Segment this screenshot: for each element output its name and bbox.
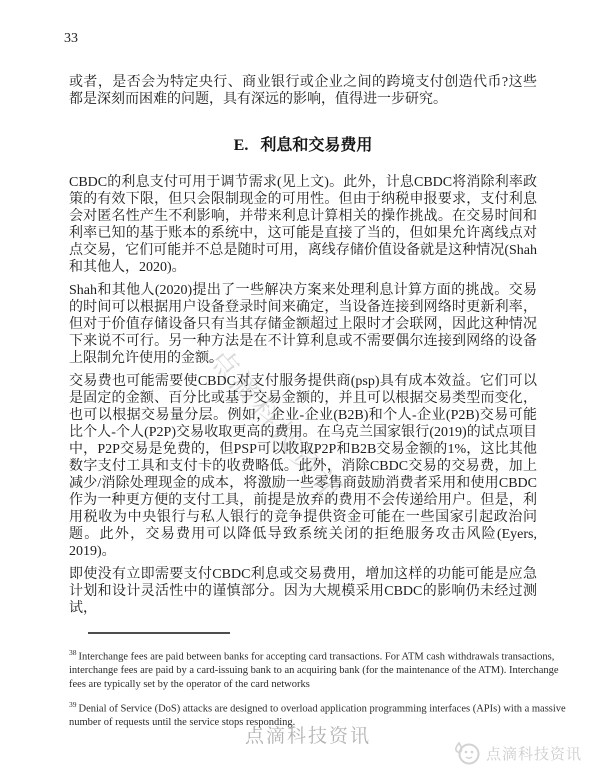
section-heading: E.利息和交易费用 xyxy=(69,136,537,155)
body-paragraph-solutions: Shah和其他人(2020)提出了一些解决方案来处理利息计算方面的挑战。交易的时… xyxy=(69,282,537,367)
bottom-right-watermark-text: 点滴科技资讯 xyxy=(486,743,582,764)
body-paragraph-transaction-fees: 交易费也可能需要使CBDC对支付服务提供商(psp)具有成本效益。它们可以是固定… xyxy=(69,373,537,560)
intro-paragraph: 或者，是否会为特定央行、商业银行或企业之间的跨境支付创造代币?这些都是深刻而困难… xyxy=(69,74,537,108)
body-paragraph-contingency: 即使没有立即需要支付CBDC利息或交易费用，增加这样的功能可能是应急计划和设计灵… xyxy=(69,566,537,617)
droplet-logo-icon xyxy=(452,740,482,766)
body-paragraph-interest: CBDC的利息支付可用于调节需求(见上文)。此外，计息CBDC将消除利率政策的有… xyxy=(69,174,537,276)
footnote-separator xyxy=(88,632,230,634)
page-content: 或者，是否会为特定央行、商业银行或企业之间的跨境支付创造代币?这些都是深刻而困难… xyxy=(69,74,537,623)
section-heading-title: 利息和交易费用 xyxy=(260,137,372,154)
page-number: 33 xyxy=(64,31,78,47)
document-page: 33 点滴科技资讯 或者，是否会为特定央行、商业银行或企业之间的跨境支付创造代币… xyxy=(0,0,600,776)
footnote-38: 38Interchange fees are paid between bank… xyxy=(69,646,574,691)
footnote-38-text: Interchange fees are paid between banks … xyxy=(69,652,559,690)
footnote-39-marker: 39 xyxy=(69,700,77,709)
footnote-38-marker: 38 xyxy=(69,648,77,657)
bottom-right-watermark: 点滴科技资讯 xyxy=(452,740,582,766)
section-heading-label: E. xyxy=(234,137,249,154)
bottom-center-watermark: 点滴科技资讯 xyxy=(245,721,371,748)
